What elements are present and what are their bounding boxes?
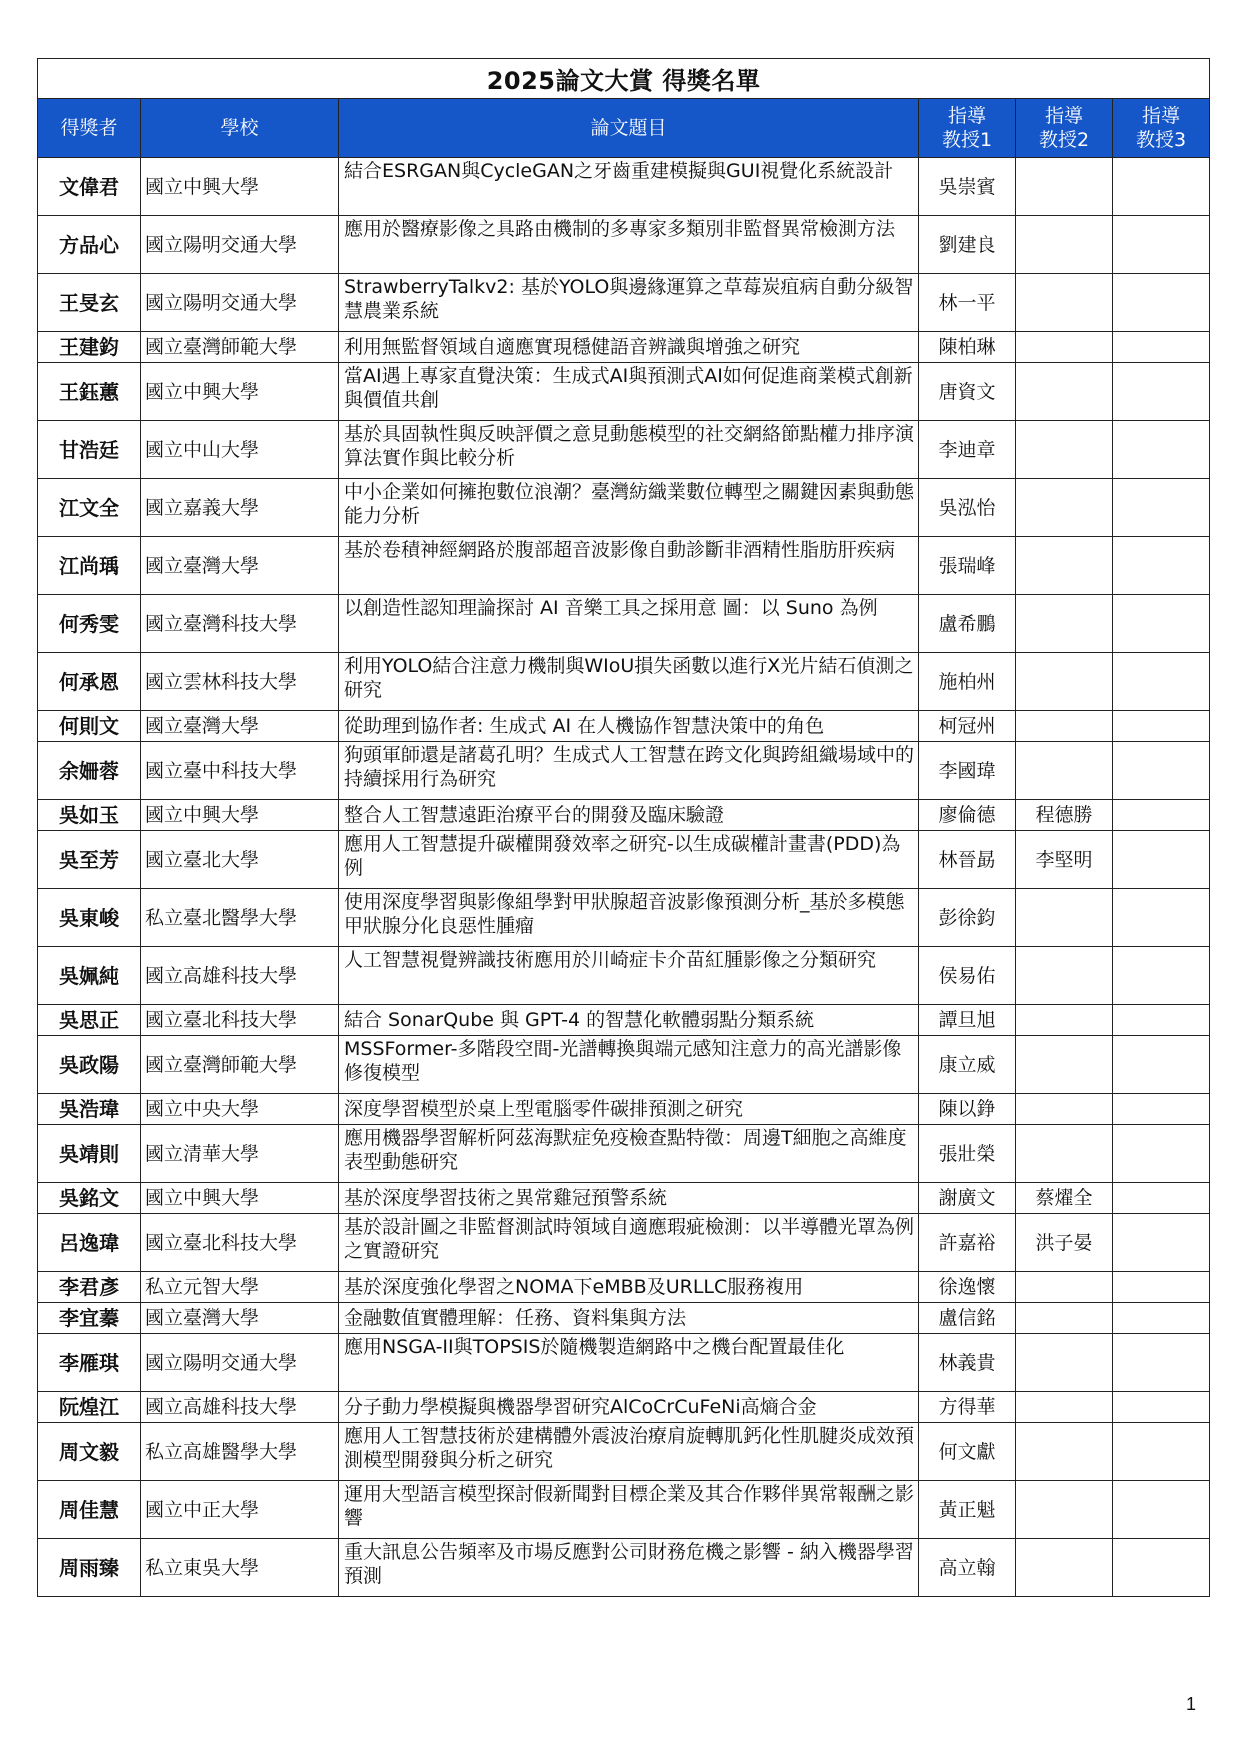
advisor2-cell — [1016, 889, 1113, 947]
awardee-name-cell: 吳姵純 — [38, 947, 141, 1005]
table-row: 李宜蓁國立臺灣大學金融數值實體理解：任務、資料集與方法盧信銘 — [38, 1303, 1210, 1334]
thesis-title-cell: 運用大型語言模型探討假新聞對目標企業及其合作夥伴異常報酬之影響 — [339, 1481, 919, 1539]
thesis-title-cell: 應用人工智慧技術於建構體外震波治療肩旋轉肌鈣化性肌腱炎成效預測模型開發與分析之研… — [339, 1423, 919, 1481]
table-row: 甘浩廷國立中山大學基於具固執性與反映評價之意見動態模型的社交網絡節點權力排序演算… — [38, 421, 1210, 479]
table-row: 阮煌江國立高雄科技大學分子動力學模擬與機器學習研究AlCoCrCuFeNi高熵合… — [38, 1392, 1210, 1423]
table-row: 王旻玄國立陽明交通大學StrawberryTalkv2: 基於YOLO與邊緣運算… — [38, 274, 1210, 332]
advisor3-cell — [1113, 889, 1210, 947]
thesis-title-cell: MSSFormer-多階段空間-光譜轉換與端元感知注意力的高光譜影像修復模型 — [339, 1036, 919, 1094]
school-cell: 國立中興大學 — [141, 1183, 339, 1214]
awardee-name-cell: 李雁琪 — [38, 1334, 141, 1392]
school-cell: 國立中興大學 — [141, 800, 339, 831]
thesis-title-cell: 金融數值實體理解：任務、資料集與方法 — [339, 1303, 919, 1334]
school-cell: 國立高雄科技大學 — [141, 947, 339, 1005]
thesis-title-cell: 結合 SonarQube 與 GPT-4 的智慧化軟體弱點分類系統 — [339, 1005, 919, 1036]
advisor2-cell — [1016, 421, 1113, 479]
awardee-name-cell: 江尚瑀 — [38, 537, 141, 595]
advisor1-cell: 張壯榮 — [919, 1125, 1016, 1183]
thesis-title-cell: 基於深度強化學習之NOMA下eMBB及URLLC服務複用 — [339, 1272, 919, 1303]
table-row: 王鈺蕙國立中興大學當AI遇上專家直覺決策：生成式AI與預測式AI如何促進商業模式… — [38, 363, 1210, 421]
awardee-name-cell: 王鈺蕙 — [38, 363, 141, 421]
school-cell: 私立元智大學 — [141, 1272, 339, 1303]
advisor1-cell: 謝廣文 — [919, 1183, 1016, 1214]
advisor2-cell — [1016, 274, 1113, 332]
advisor2-cell — [1016, 1539, 1113, 1597]
table-row: 文偉君國立中興大學結合ESRGAN與CycleGAN之牙齒重建模擬與GUI視覺化… — [38, 158, 1210, 216]
advisor3-cell — [1113, 1272, 1210, 1303]
thesis-title-cell: 重大訊息公告頻率及市場反應對公司財務危機之影響 - 納入機器學習預測 — [339, 1539, 919, 1597]
school-cell: 國立臺北科技大學 — [141, 1214, 339, 1272]
thesis-title-cell: 整合人工智慧遠距治療平台的開發及臨床驗證 — [339, 800, 919, 831]
advisor3-cell — [1113, 1539, 1210, 1597]
advisor1-cell: 彭徐鈞 — [919, 889, 1016, 947]
school-cell: 私立臺北醫學大學 — [141, 889, 339, 947]
thesis-title-cell: 基於卷積神經網路於腹部超音波影像自動診斷非酒精性脂肪肝疾病 — [339, 537, 919, 595]
advisor3-cell — [1113, 947, 1210, 1005]
advisor1-cell: 侯易佑 — [919, 947, 1016, 1005]
advisor1-cell: 林義貴 — [919, 1334, 1016, 1392]
advisor3-cell — [1113, 1303, 1210, 1334]
advisor1-cell: 陳以錚 — [919, 1094, 1016, 1125]
table-row: 呂逸瑋國立臺北科技大學基於設計圖之非監督測試時領域自適應瑕疵檢測：以半導體光罩為… — [38, 1214, 1210, 1272]
table-row: 吳銘文國立中興大學基於深度學習技術之異常雞冠預警系統謝廣文蔡燿全 — [38, 1183, 1210, 1214]
awardee-name-cell: 呂逸瑋 — [38, 1214, 141, 1272]
column-header-advisor1: 指導 教授1 — [919, 99, 1016, 158]
advisor2-cell — [1016, 216, 1113, 274]
table-row: 王建鈞國立臺灣師範大學利用無監督領域自適應實現穩健語音辨識與增強之研究陳柏琳 — [38, 332, 1210, 363]
advisor1-cell: 方得華 — [919, 1392, 1016, 1423]
awardee-name-cell: 李君彥 — [38, 1272, 141, 1303]
advisor3-cell — [1113, 158, 1210, 216]
advisor3-cell — [1113, 1423, 1210, 1481]
thesis-title-cell: 利用YOLO結合注意力機制與WIoU損失函數以進行X光片結石偵測之研究 — [339, 653, 919, 711]
awardee-name-cell: 江文全 — [38, 479, 141, 537]
advisor2-cell — [1016, 711, 1113, 742]
school-cell: 私立東吳大學 — [141, 1539, 339, 1597]
advisor1-cell: 柯冠州 — [919, 711, 1016, 742]
advisor2-cell — [1016, 332, 1113, 363]
advisor1-cell: 李國瑋 — [919, 742, 1016, 800]
thesis-title-cell: 應用人工智慧提升碳權開發效率之研究-以生成碳權計畫書(PDD)為例 — [339, 831, 919, 889]
awardee-name-cell: 何則文 — [38, 711, 141, 742]
page-number: 1 — [1186, 1694, 1196, 1715]
column-header-thesis: 論文題目 — [339, 99, 919, 158]
document-title: 2025論文大賞 得獎名單 — [38, 59, 1210, 99]
advisor1-cell: 黃正魁 — [919, 1481, 1016, 1539]
advisor3-cell — [1113, 537, 1210, 595]
thesis-title-cell: 人工智慧視覺辨識技術應用於川崎症卡介苗紅腫影像之分類研究 — [339, 947, 919, 1005]
awardee-name-cell: 吳政陽 — [38, 1036, 141, 1094]
table-row: 周雨臻私立東吳大學重大訊息公告頻率及市場反應對公司財務危機之影響 - 納入機器學… — [38, 1539, 1210, 1597]
school-cell: 國立嘉義大學 — [141, 479, 339, 537]
table-row: 李雁琪國立陽明交通大學應用NSGA-II與TOPSIS於隨機製造網路中之機台配置… — [38, 1334, 1210, 1392]
table-row: 余姍蓉國立臺中科技大學狗頭軍師還是諸葛孔明？生成式人工智慧在跨文化與跨組織場域中… — [38, 742, 1210, 800]
table-row: 吳靖則國立清華大學應用機器學習解析阿茲海默症免疫檢查點特徵：周邊T細胞之高維度表… — [38, 1125, 1210, 1183]
advisor2-cell — [1016, 1392, 1113, 1423]
advisor1-cell: 廖倫德 — [919, 800, 1016, 831]
awardee-name-cell: 吳至芳 — [38, 831, 141, 889]
school-cell: 國立清華大學 — [141, 1125, 339, 1183]
advisor2-cell — [1016, 653, 1113, 711]
table-row: 吳東峻私立臺北醫學大學使用深度學習與影像組學對甲狀腺超音波影像預測分析_基於多模… — [38, 889, 1210, 947]
table-row: 李君彥私立元智大學基於深度強化學習之NOMA下eMBB及URLLC服務複用徐逸懷 — [38, 1272, 1210, 1303]
advisor3-cell — [1113, 1481, 1210, 1539]
awardee-name-cell: 阮煌江 — [38, 1392, 141, 1423]
advisor1-cell: 吳崇賓 — [919, 158, 1016, 216]
column-header-advisor3: 指導 教授3 — [1113, 99, 1210, 158]
awardee-name-cell: 文偉君 — [38, 158, 141, 216]
table-row: 吳政陽國立臺灣師範大學MSSFormer-多階段空間-光譜轉換與端元感知注意力的… — [38, 1036, 1210, 1094]
advisor3-cell — [1113, 1334, 1210, 1392]
thesis-title-cell: 應用機器學習解析阿茲海默症免疫檢查點特徵：周邊T細胞之高維度表型動態研究 — [339, 1125, 919, 1183]
table-row: 何承恩國立雲林科技大學利用YOLO結合注意力機制與WIoU損失函數以進行X光片結… — [38, 653, 1210, 711]
thesis-title-cell: 應用於醫療影像之具路由機制的多專家多類別非監督異常檢測方法 — [339, 216, 919, 274]
awardee-name-cell: 何秀雯 — [38, 595, 141, 653]
advisor1-cell: 許嘉裕 — [919, 1214, 1016, 1272]
awardee-name-cell: 方品心 — [38, 216, 141, 274]
advisor1-cell: 施柏州 — [919, 653, 1016, 711]
awardee-name-cell: 王建鈞 — [38, 332, 141, 363]
advisor1-cell: 李迪章 — [919, 421, 1016, 479]
awardee-name-cell: 吳銘文 — [38, 1183, 141, 1214]
advisor3-cell — [1113, 1005, 1210, 1036]
column-header-advisor2: 指導 教授2 — [1016, 99, 1113, 158]
advisor1-cell: 林一平 — [919, 274, 1016, 332]
awardee-name-cell: 吳靖則 — [38, 1125, 141, 1183]
advisor2-cell — [1016, 479, 1113, 537]
advisor3-cell — [1113, 479, 1210, 537]
column-header-name: 得獎者 — [38, 99, 141, 158]
awardee-name-cell: 周雨臻 — [38, 1539, 141, 1597]
advisor3-cell — [1113, 595, 1210, 653]
advisor2-cell: 蔡燿全 — [1016, 1183, 1113, 1214]
school-cell: 國立雲林科技大學 — [141, 653, 339, 711]
thesis-title-cell: 以創造性認知理論探討 AI 音樂工具之採用意 圖：以 Suno 為例 — [339, 595, 919, 653]
advisor3-cell — [1113, 1183, 1210, 1214]
thesis-title-cell: 使用深度學習與影像組學對甲狀腺超音波影像預測分析_基於多模態甲狀腺分化良惡性腫瘤 — [339, 889, 919, 947]
school-cell: 國立中山大學 — [141, 421, 339, 479]
advisor3-cell — [1113, 800, 1210, 831]
awardee-name-cell: 李宜蓁 — [38, 1303, 141, 1334]
thesis-title-cell: 結合ESRGAN與CycleGAN之牙齒重建模擬與GUI視覺化系統設計 — [339, 158, 919, 216]
advisor2-cell: 洪子晏 — [1016, 1214, 1113, 1272]
advisor2-cell — [1016, 1303, 1113, 1334]
advisor2-cell — [1016, 1481, 1113, 1539]
school-cell: 國立臺灣大學 — [141, 1303, 339, 1334]
school-cell: 國立陽明交通大學 — [141, 1334, 339, 1392]
thesis-title-cell: 利用無監督領域自適應實現穩健語音辨識與增強之研究 — [339, 332, 919, 363]
school-cell: 國立臺灣師範大學 — [141, 1036, 339, 1094]
school-cell: 國立高雄科技大學 — [141, 1392, 339, 1423]
advisor1-cell: 盧信銘 — [919, 1303, 1016, 1334]
school-cell: 國立臺北科技大學 — [141, 1005, 339, 1036]
advisor2-cell — [1016, 595, 1113, 653]
table-row: 吳如玉國立中興大學整合人工智慧遠距治療平台的開發及臨床驗證廖倫德程德勝 — [38, 800, 1210, 831]
thesis-title-cell: 基於具固執性與反映評價之意見動態模型的社交網絡節點權力排序演算法實作與比較分析 — [339, 421, 919, 479]
awardee-name-cell: 周佳慧 — [38, 1481, 141, 1539]
thesis-title-cell: 狗頭軍師還是諸葛孔明？生成式人工智慧在跨文化與跨組織場域中的持續採用行為研究 — [339, 742, 919, 800]
awardee-name-cell: 甘浩廷 — [38, 421, 141, 479]
thesis-title-cell: 從助理到協作者: 生成式 AI 在人機協作智慧決策中的角色 — [339, 711, 919, 742]
school-cell: 國立陽明交通大學 — [141, 216, 339, 274]
advisor1-cell: 康立威 — [919, 1036, 1016, 1094]
thesis-title-cell: 深度學習模型於桌上型電腦零件碳排預測之研究 — [339, 1094, 919, 1125]
awardee-name-cell: 吳如玉 — [38, 800, 141, 831]
advisor2-cell — [1016, 947, 1113, 1005]
school-cell: 國立陽明交通大學 — [141, 274, 339, 332]
table-row: 吳思正國立臺北科技大學結合 SonarQube 與 GPT-4 的智慧化軟體弱點… — [38, 1005, 1210, 1036]
advisor2-cell: 程德勝 — [1016, 800, 1113, 831]
school-cell: 國立中興大學 — [141, 363, 339, 421]
advisor2-cell — [1016, 1094, 1113, 1125]
advisor2-cell — [1016, 158, 1113, 216]
advisor3-cell — [1113, 363, 1210, 421]
table-row: 吳至芳國立臺北大學應用人工智慧提升碳權開發效率之研究-以生成碳權計畫書(PDD)… — [38, 831, 1210, 889]
school-cell: 國立臺北大學 — [141, 831, 339, 889]
advisor3-cell — [1113, 742, 1210, 800]
advisor3-cell — [1113, 332, 1210, 363]
advisor3-cell — [1113, 653, 1210, 711]
school-cell: 國立臺灣大學 — [141, 711, 339, 742]
advisor1-cell: 譚旦旭 — [919, 1005, 1016, 1036]
thesis-title-cell: StrawberryTalkv2: 基於YOLO與邊緣運算之草莓炭疽病自動分級智… — [339, 274, 919, 332]
awardee-name-cell: 王旻玄 — [38, 274, 141, 332]
school-cell: 國立中央大學 — [141, 1094, 339, 1125]
school-cell: 國立臺灣師範大學 — [141, 332, 339, 363]
thesis-title-cell: 應用NSGA-II與TOPSIS於隨機製造網路中之機台配置最佳化 — [339, 1334, 919, 1392]
advisor1-cell: 高立翰 — [919, 1539, 1016, 1597]
advisor1-cell: 吳泓怡 — [919, 479, 1016, 537]
advisor3-cell — [1113, 831, 1210, 889]
awardee-name-cell: 周文毅 — [38, 1423, 141, 1481]
advisor3-cell — [1113, 216, 1210, 274]
awardee-name-cell: 吳東峻 — [38, 889, 141, 947]
table-row: 江文全國立嘉義大學中小企業如何擁抱數位浪潮？臺灣紡織業數位轉型之關鍵因素與動態能… — [38, 479, 1210, 537]
table-header-row: 得獎者 學校 論文題目 指導 教授1 指導 教授2 指導 教授3 — [38, 99, 1210, 158]
thesis-title-cell: 基於深度學習技術之異常雞冠預警系統 — [339, 1183, 919, 1214]
advisor2-cell — [1016, 1125, 1113, 1183]
advisor2-cell — [1016, 537, 1113, 595]
awardee-name-cell: 吳思正 — [38, 1005, 141, 1036]
school-cell: 國立臺灣科技大學 — [141, 595, 339, 653]
school-cell: 國立臺中科技大學 — [141, 742, 339, 800]
table-row: 何則文國立臺灣大學從助理到協作者: 生成式 AI 在人機協作智慧決策中的角色柯冠… — [38, 711, 1210, 742]
awardee-name-cell: 余姍蓉 — [38, 742, 141, 800]
awardee-name-cell: 何承恩 — [38, 653, 141, 711]
table-row: 江尚瑀國立臺灣大學基於卷積神經網路於腹部超音波影像自動診斷非酒精性脂肪肝疾病張瑞… — [38, 537, 1210, 595]
advisor2-cell — [1016, 1036, 1113, 1094]
advisor2-cell — [1016, 742, 1113, 800]
advisor3-cell — [1113, 1125, 1210, 1183]
thesis-title-cell: 分子動力學模擬與機器學習研究AlCoCrCuFeNi高熵合金 — [339, 1392, 919, 1423]
advisor1-cell: 徐逸懷 — [919, 1272, 1016, 1303]
advisor3-cell — [1113, 1392, 1210, 1423]
advisor2-cell — [1016, 1334, 1113, 1392]
table-row: 周文毅私立高雄醫學大學應用人工智慧技術於建構體外震波治療肩旋轉肌鈣化性肌腱炎成效… — [38, 1423, 1210, 1481]
awardee-name-cell: 吳浩瑋 — [38, 1094, 141, 1125]
advisor3-cell — [1113, 421, 1210, 479]
table-row: 方品心國立陽明交通大學應用於醫療影像之具路由機制的多專家多類別非監督異常檢測方法… — [38, 216, 1210, 274]
advisor2-cell — [1016, 363, 1113, 421]
table-row: 吳浩瑋國立中央大學深度學習模型於桌上型電腦零件碳排預測之研究陳以錚 — [38, 1094, 1210, 1125]
school-cell: 國立中正大學 — [141, 1481, 339, 1539]
advisor2-cell: 李堅明 — [1016, 831, 1113, 889]
advisor2-cell — [1016, 1272, 1113, 1303]
table-row: 吳姵純國立高雄科技大學人工智慧視覺辨識技術應用於川崎症卡介苗紅腫影像之分類研究侯… — [38, 947, 1210, 1005]
advisor3-cell — [1113, 711, 1210, 742]
advisor1-cell: 陳柏琳 — [919, 332, 1016, 363]
advisor3-cell — [1113, 1214, 1210, 1272]
thesis-title-cell: 當AI遇上專家直覺決策：生成式AI與預測式AI如何促進商業模式創新與價值共創 — [339, 363, 919, 421]
advisor1-cell: 唐資文 — [919, 363, 1016, 421]
advisor3-cell — [1113, 1036, 1210, 1094]
table-row: 周佳慧國立中正大學運用大型語言模型探討假新聞對目標企業及其合作夥伴異常報酬之影響… — [38, 1481, 1210, 1539]
thesis-title-cell: 基於設計圖之非監督測試時領域自適應瑕疵檢測：以半導體光罩為例之實證研究 — [339, 1214, 919, 1272]
table-body: 文偉君國立中興大學結合ESRGAN與CycleGAN之牙齒重建模擬與GUI視覺化… — [38, 158, 1210, 1597]
advisor1-cell: 劉建良 — [919, 216, 1016, 274]
school-cell: 國立中興大學 — [141, 158, 339, 216]
award-table: 2025論文大賞 得獎名單 得獎者 學校 論文題目 指導 教授1 指導 教授2 … — [37, 58, 1210, 1597]
award-list-sheet: 2025論文大賞 得獎名單 得獎者 學校 論文題目 指導 教授1 指導 教授2 … — [37, 58, 1209, 1597]
advisor3-cell — [1113, 1094, 1210, 1125]
school-cell: 國立臺灣大學 — [141, 537, 339, 595]
advisor1-cell: 何文獻 — [919, 1423, 1016, 1481]
column-header-school: 學校 — [141, 99, 339, 158]
thesis-title-cell: 中小企業如何擁抱數位浪潮？臺灣紡織業數位轉型之關鍵因素與動態能力分析 — [339, 479, 919, 537]
advisor1-cell: 林晉勗 — [919, 831, 1016, 889]
advisor1-cell: 盧希鵬 — [919, 595, 1016, 653]
school-cell: 私立高雄醫學大學 — [141, 1423, 339, 1481]
advisor3-cell — [1113, 274, 1210, 332]
advisor2-cell — [1016, 1005, 1113, 1036]
table-row: 何秀雯國立臺灣科技大學以創造性認知理論探討 AI 音樂工具之採用意 圖：以 Su… — [38, 595, 1210, 653]
advisor1-cell: 張瑞峰 — [919, 537, 1016, 595]
advisor2-cell — [1016, 1423, 1113, 1481]
